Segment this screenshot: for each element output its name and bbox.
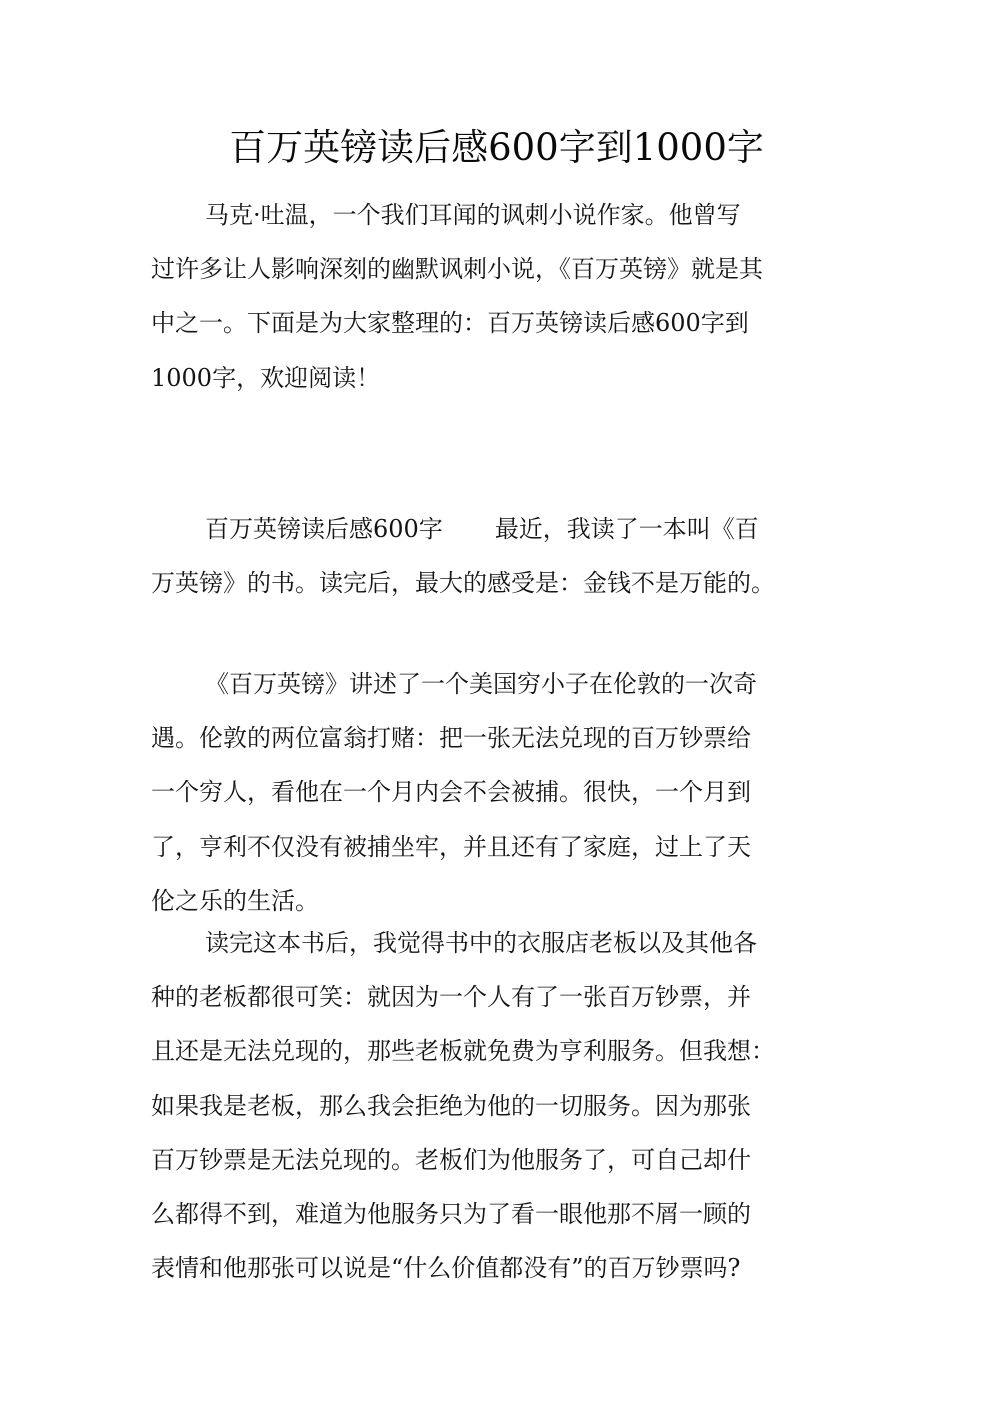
paragraph-line: 马克·吐温，一个我们耳闻的讽刺小说作家。他曾写 [151, 188, 851, 242]
paragraph-line: 且还是无法兑现的，那些老板就免费为亨利服务。但我想： [151, 1024, 851, 1078]
paragraph-line: 表情和他那张可以说是“什么价值都没有”的百万钞票吗? [151, 1241, 851, 1295]
paragraph-intro: 马克·吐温，一个我们耳闻的讽刺小说作家。他曾写 过许多让人影响深刻的幽默讽刺小说… [151, 188, 851, 405]
document-title: 百万英镑读后感600字到1000字 [0, 122, 993, 174]
paragraph-line: 读完这本书后，我觉得书中的衣服店老板以及其他各 [151, 916, 851, 970]
paragraph-line: 遇。伦敦的两位富翁打赌：把一张无法兑现的百万钞票给 [151, 711, 851, 765]
paragraph-line: 如果我是老板，那么我会拒绝为他的一切服务。因为那张 [151, 1079, 851, 1133]
paragraph-text: 最近，我读了一本叫《百 [495, 515, 759, 543]
paragraph-line: 过许多让人影响深刻的幽默讽刺小说，《百万英镑》就是其 [151, 242, 851, 296]
paragraph-line: 么都得不到，难道为他服务只为了看一眼他那不屑一顾的 [151, 1187, 851, 1241]
paragraph-line: 《百万英镑》讲述了一个美国穷小子在伦敦的一次奇 [151, 657, 851, 711]
paragraph-reflection: 读完这本书后，我觉得书中的衣服店老板以及其他各 种的老板都很可笑：就因为一个人有… [151, 916, 851, 1295]
paragraph-summary: 《百万英镑》讲述了一个美国穷小子在伦敦的一次奇 遇。伦敦的两位富翁打赌：把一张无… [151, 657, 851, 928]
paragraph-line: 一个穷人，看他在一个月内会不会被捕。很快，一个月到 [151, 765, 851, 819]
paragraph-line: 1000字，欢迎阅读！ [151, 351, 851, 405]
paragraph-line: 中之一。下面是为大家整理的：百万英镑读后感600字到 [151, 296, 851, 350]
paragraph-line: 百万英镑读后感600字最近，我读了一本叫《百 [151, 502, 851, 556]
document-page: 百万英镑读后感600字到1000字 马克·吐温，一个我们耳闻的讽刺小说作家。他曾… [0, 0, 993, 1404]
paragraph-line: 种的老板都很可笑：就因为一个人有了一张百万钞票，并 [151, 970, 851, 1024]
paragraph-line: 万英镑》的书。读完后，最大的感受是：金钱不是万能的。 [151, 556, 851, 610]
paragraph-section-600: 百万英镑读后感600字最近，我读了一本叫《百 万英镑》的书。读完后，最大的感受是… [151, 502, 851, 610]
paragraph-line: 百万钞票是无法兑现的。老板们为他服务了，可自己却什 [151, 1133, 851, 1187]
paragraph-line: 了，亨利不仅没有被捕坐牢，并且还有了家庭，过上了天 [151, 820, 851, 874]
section-heading: 百万英镑读后感600字 [205, 515, 443, 543]
